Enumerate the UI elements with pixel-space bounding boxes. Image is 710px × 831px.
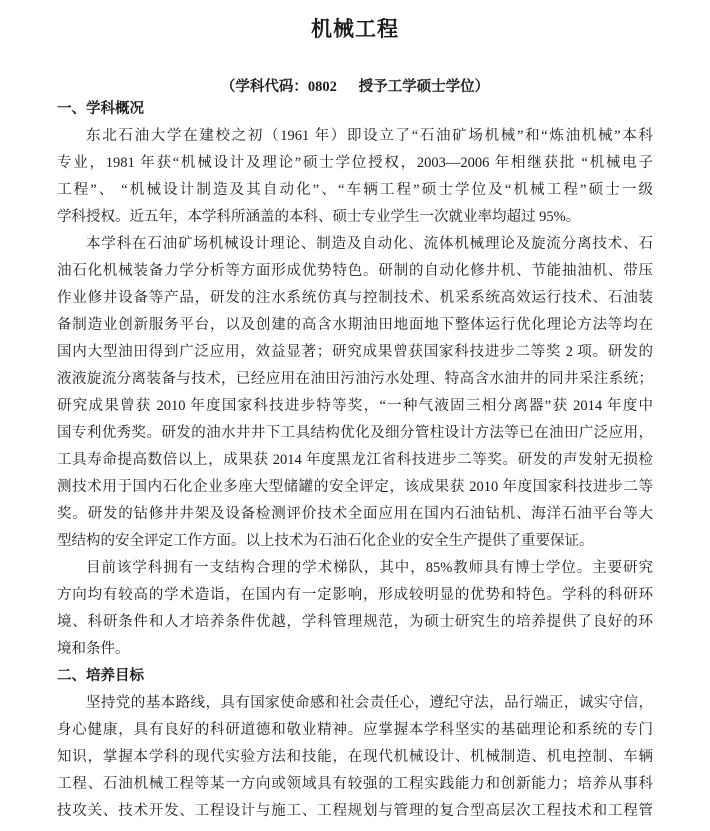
text-line: 方向均有较高的学术造诣，在国内有一定影响，形成较明显的优势和特色。学科的科研环 bbox=[57, 582, 653, 609]
text-line: 测技术用于国内石化企业多座大型储罐的安全评定，该成果获 2010 年度国家科技进… bbox=[57, 474, 653, 501]
text-line: 专业，1981 年获“机械设计及理论”硕士学位授权，2003—2006 年相继获… bbox=[57, 150, 653, 177]
paragraph-faculty-team: 目前该学科拥有一支结构合理的学术梯队，其中，85%教师具有博士学位。主要研究 方… bbox=[57, 555, 653, 663]
paragraph-history: 东北石油大学在建校之初（1961 年）即设立了“石油矿场机械”和“炼油机械”本科… bbox=[57, 123, 653, 231]
text-line: 目前该学科拥有一支结构合理的学术梯队，其中，85%教师具有博士学位。主要研究 bbox=[57, 555, 653, 582]
text-line: 备制造业创新服务平台，以及创建的高含水期油田地面地下整体运行优化理论方法等均在 bbox=[57, 312, 653, 339]
text-line: 液液旋流分离装备与技术，已经应用在油田污油污水处理、特高含水油井的同井采注系统； bbox=[57, 366, 653, 393]
text-line: 东北石油大学在建校之初（1961 年）即设立了“石油矿场机械”和“炼油机械”本科 bbox=[57, 123, 653, 150]
text-line: 工具寿命提高数倍以上，成果获 2014 年度黑龙江省科技进步二等奖。研发的声发射… bbox=[57, 447, 653, 474]
text-line: 坚持党的基本路线，具有国家使命感和社会责任心，遵纪守法，品行端正，诚实守信， bbox=[57, 690, 653, 717]
paragraph-training-objectives: 坚持党的基本路线，具有国家使命感和社会责任心，遵纪守法，品行端正，诚实守信， 身… bbox=[57, 690, 653, 825]
section-heading-training-objectives: 二、培养目标 bbox=[57, 663, 653, 690]
text-line: 国内大型油田得到广泛应用，效益显著；研究成果曾获国家科技进步二等奖 2 项。研发… bbox=[57, 339, 653, 366]
text-line: 境、科研条件和人才培养条件优越，学科管理规范，为硕士研究生的培养提供了良好的环 bbox=[57, 609, 653, 636]
text-line: 本学科在石油矿场机械设计理论、制造及自动化、流体机械理论及旋流分离技术、石 bbox=[57, 231, 653, 258]
subject-code-line: （学科代码：0802 授予工学硕士学位） bbox=[57, 78, 653, 96]
document-page: 机械工程 （学科代码：0802 授予工学硕士学位） 一、学科概况 东北石油大学在… bbox=[0, 0, 710, 831]
text-line: 知识，掌握本学科的现代实验方法和技能，在现代机械设计、机械制造、机电控制、车辆 bbox=[57, 744, 653, 771]
text-line: 工程、石油机械工程等某一方向或领域具有较强的工程实践能力和创新能力；培养从事科 bbox=[57, 771, 653, 798]
text-line: 技攻关、技术开发、工程设计与施工、工程规划与管理的复合型高层次工程技术和工程管 bbox=[57, 798, 653, 825]
text-line: 国专利优秀奖。研发的油水井井下工具结构优化及细分管柱设计方法等已在油田广泛应用， bbox=[57, 420, 653, 447]
text-line: 研究成果曾获 2010 年度国家科技进步特等奖，“一种气液固三相分离器”获 20… bbox=[57, 393, 653, 420]
section-heading-discipline-overview: 一、学科概况 bbox=[57, 96, 653, 123]
text-line: 作业修井设备等产品，研发的注水系统仿真与控制技术、机采系统高效运行技术、石油装 bbox=[57, 285, 653, 312]
text-line: 型结构的安全评定工作方面。以上技术为石油石化企业的安全生产提供了重要保证。 bbox=[57, 528, 653, 555]
paragraph-research-achievements: 本学科在石油矿场机械设计理论、制造及自动化、流体机械理论及旋流分离技术、石 油石… bbox=[57, 231, 653, 555]
text-line: 工程”、 “机械设计制造及其自动化”、“车辆工程”硕士学位及“机械工程”硕士一级 bbox=[57, 177, 653, 204]
text-line: 境和条件。 bbox=[57, 636, 653, 663]
text-line: 身心健康，具有良好的科研道德和敬业精神。应掌握本学科坚实的基础理论和系统的专门 bbox=[57, 717, 653, 744]
text-line: 奖。研发的钻修井井架及设备检测评价技术全面应用在国内石油钻机、海洋石油平台等大 bbox=[57, 501, 653, 528]
document-title: 机械工程 bbox=[57, 14, 653, 44]
text-line: 学科授权。近五年，本学科所涵盖的本科、硕士专业学生一次就业率均超过 95%。 bbox=[57, 204, 653, 231]
text-line: 油石化机械装备力学分析等方面形成优势特色。研制的自动化修井机、节能抽油机、带压 bbox=[57, 258, 653, 285]
